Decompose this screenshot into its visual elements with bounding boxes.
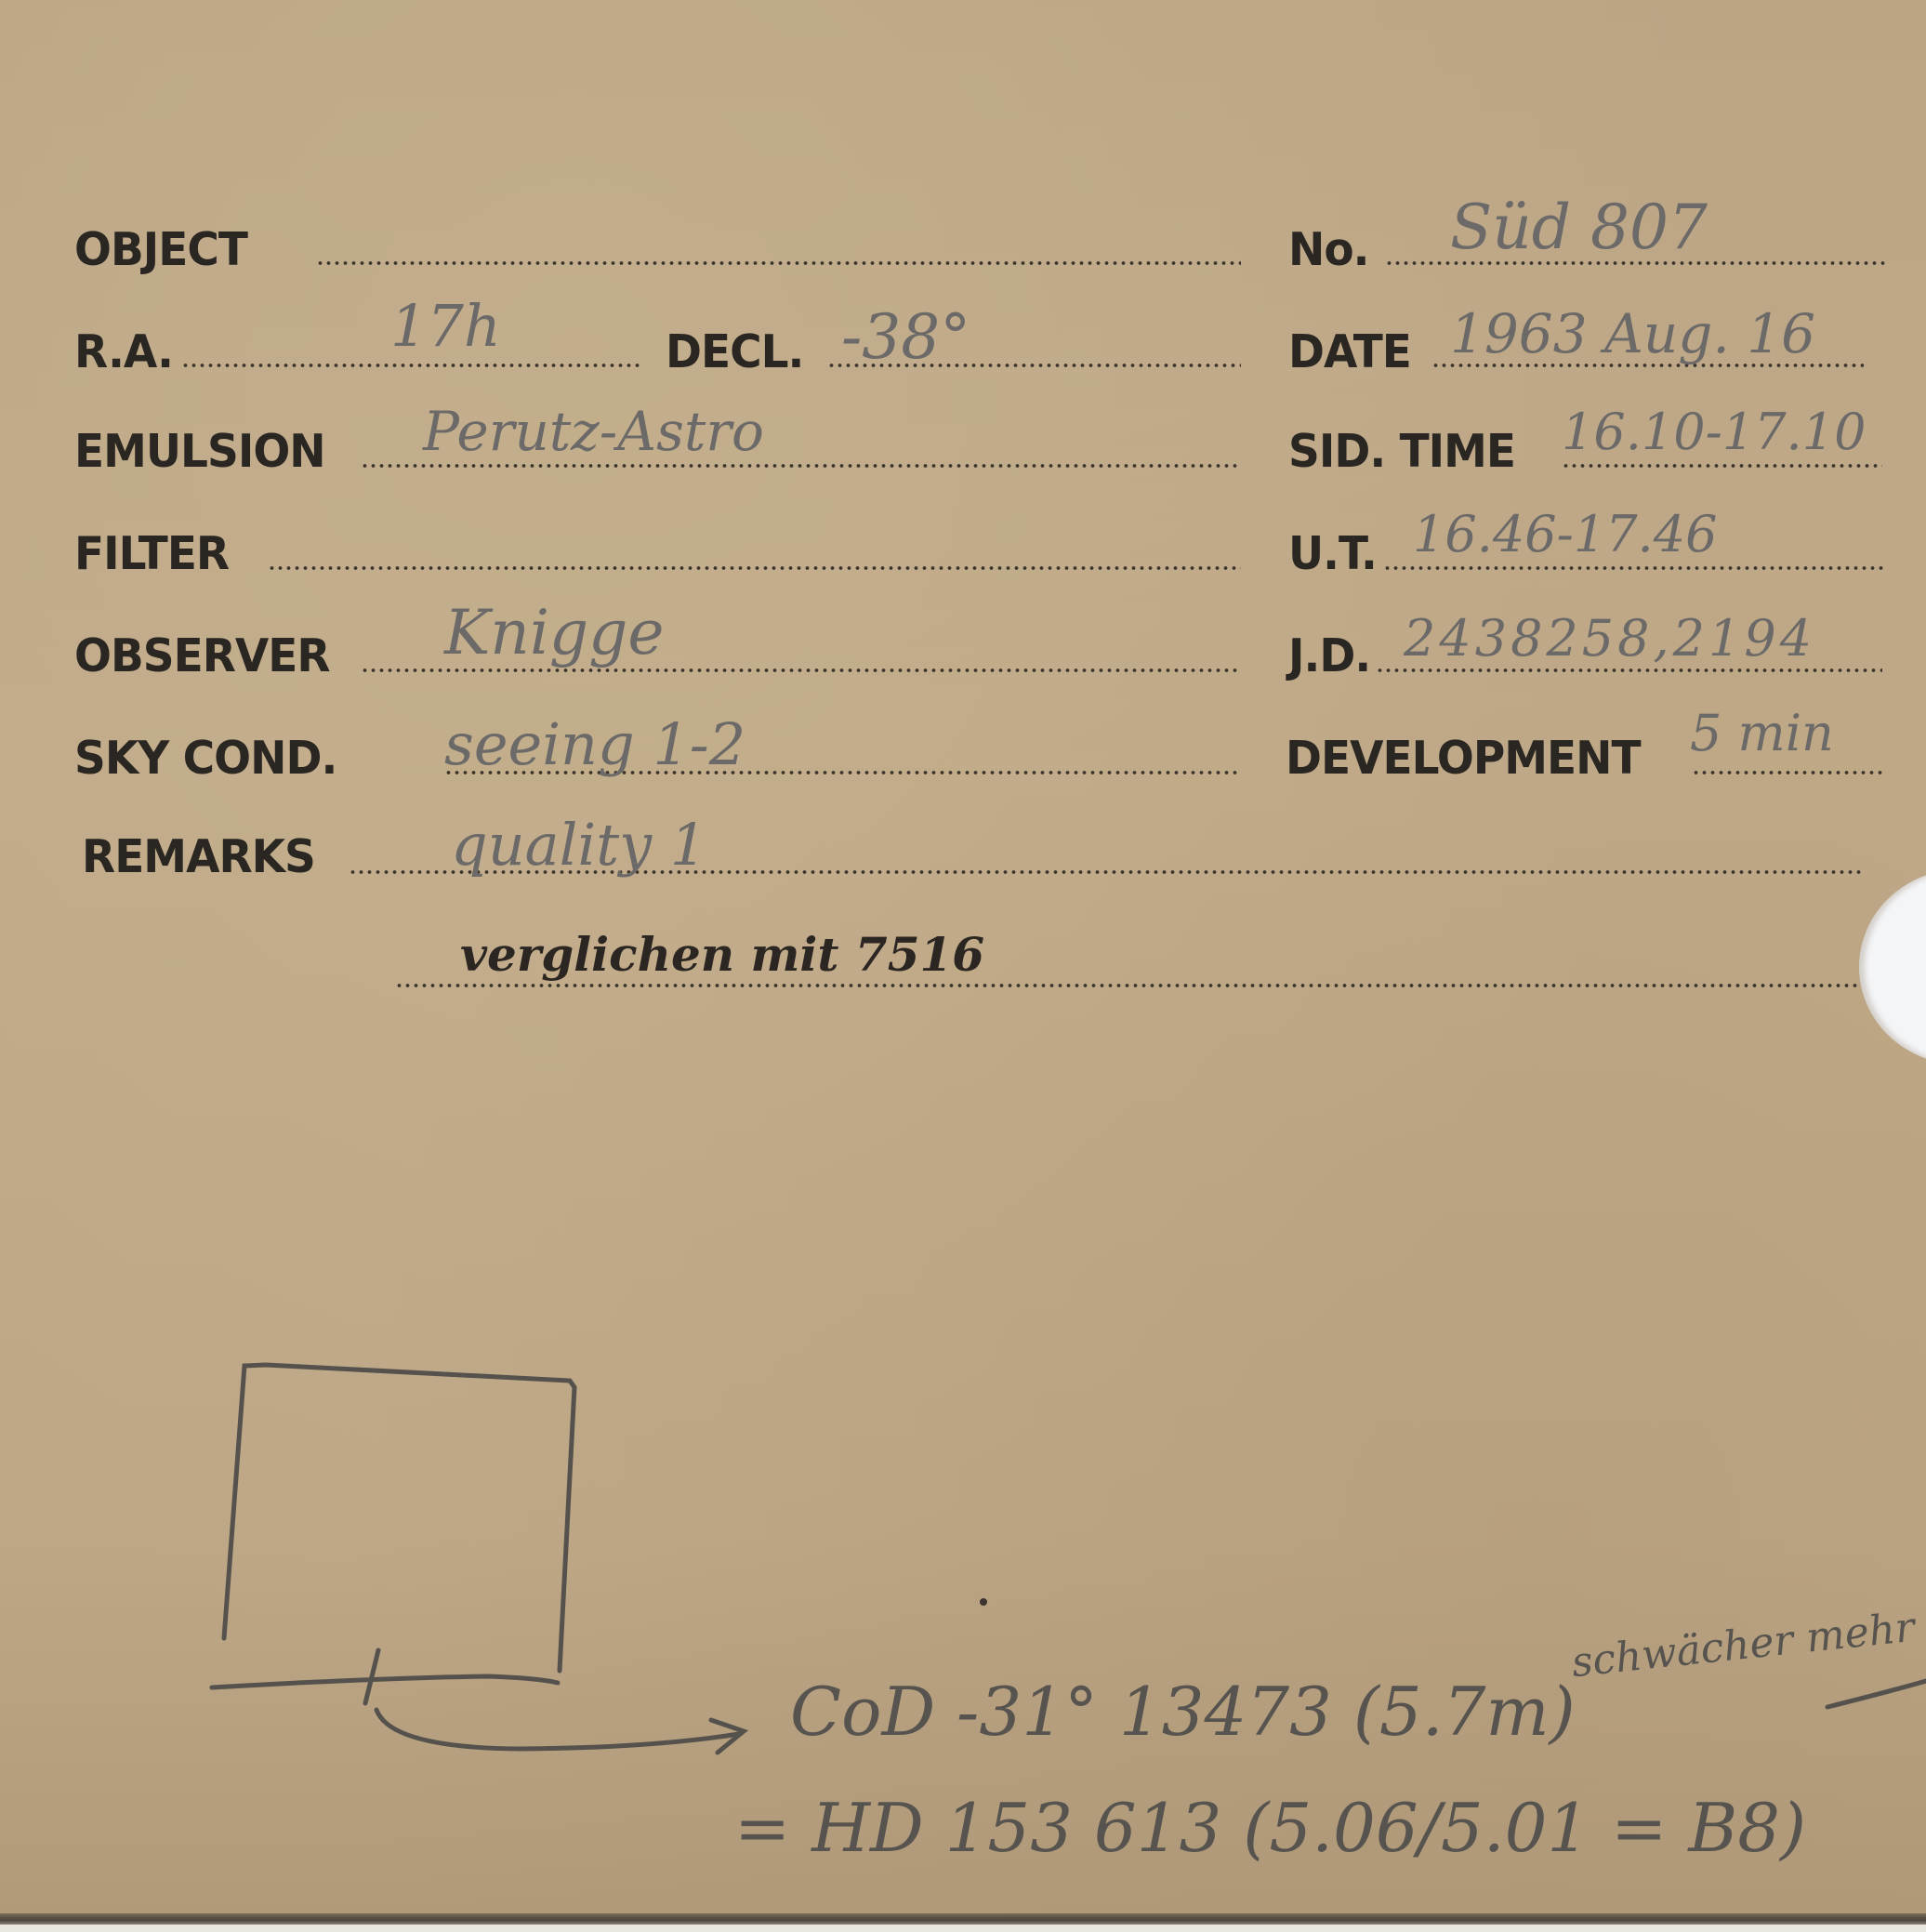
card-bottom-edge [0, 1913, 1926, 1925]
plate-envelope-card: OBJECT No. Süd 807 R.A. 17h DECL. -38° D… [0, 0, 1926, 1923]
identification-line1: CoD -31° 13473 (5.7m) [790, 1678, 1576, 1745]
identification-line2: = HD 153 613 (5.06/5.01 = B8) [734, 1794, 1806, 1861]
